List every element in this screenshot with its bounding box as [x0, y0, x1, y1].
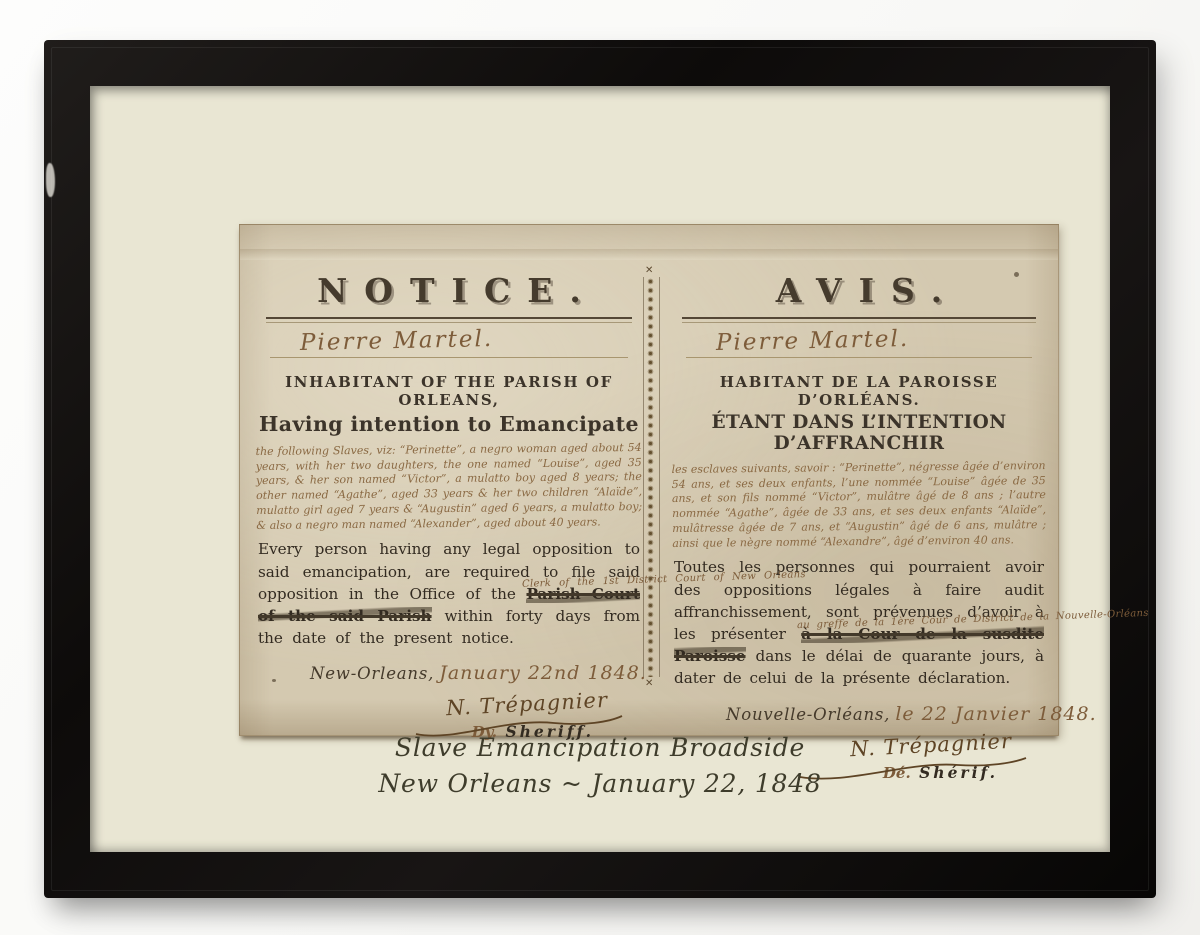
broadside-paper: NOTICE. Pierre Martel. INHABITANT OF THE…: [239, 224, 1059, 736]
avis-manuscript-text: les esclaves suivants, savoir : “Perinet…: [672, 459, 1047, 551]
notice-date-handwritten: January 22nd 1848.: [439, 662, 647, 684]
notice-subhead-inhabitant: INHABITANT OF THE PARISH OF ORLEANS,: [256, 373, 642, 409]
picture-frame: NOTICE. Pierre Martel. INHABITANT OF THE…: [44, 40, 1156, 898]
caption-line-2: New Orleans ~ January 22, 1848: [90, 766, 1110, 802]
avis-subhead-habitant: HABITANT DE LA PAROISSE D’ORLÉANS.: [672, 373, 1046, 409]
notice-column: NOTICE. Pierre Martel. INHABITANT OF THE…: [256, 271, 642, 741]
caption-line-1: Slave Emancipation Broadside: [90, 730, 1110, 766]
notice-manuscript-text: the following Slaves, viz: “Perinette”, …: [256, 441, 643, 533]
paper-fold-crease: [240, 249, 1058, 260]
avis-place-printed: Nouvelle-Orléans,: [726, 705, 890, 724]
avis-subhead-affranchir: ÉTANT DANS L’INTENTION D’AFFRANCHIR: [672, 412, 1046, 454]
notice-headline-rule: [266, 317, 632, 323]
photograph-of-framed-broadside: NOTICE. Pierre Martel. INHABITANT OF THE…: [0, 0, 1200, 935]
avis-name-line: Pierre Martel.: [686, 326, 1032, 358]
notice-body-paragraph: Every person having any legal opposition…: [258, 538, 640, 649]
notice-name-line: Pierre Martel.: [270, 326, 628, 358]
declarant-name-handwritten: Pierre Martel.: [716, 326, 910, 356]
avis-dateline: Nouvelle-Orléans, le 22 Janvier 1848.: [672, 703, 1046, 725]
avis-body-paragraph: Toutes les personnes qui pourraient avoi…: [674, 556, 1044, 689]
notice-subhead-emancipate: Having intention to Emancipate: [256, 412, 642, 436]
notice-headline: NOTICE.: [256, 271, 642, 310]
notice-dateline: New-Orleans, January 22nd 1848.: [256, 662, 642, 684]
mat-caption: Slave Emancipation Broadside New Orleans…: [90, 730, 1110, 801]
declarant-name-handwritten: Pierre Martel.: [300, 326, 494, 356]
avis-headline: AVIS.: [672, 271, 1046, 310]
ornamental-divider: [643, 277, 660, 677]
notice-place-printed: New-Orleans,: [310, 664, 434, 683]
avis-column: AVIS. Pierre Martel. HABITANT DE LA PARO…: [672, 271, 1046, 782]
mat-board: NOTICE. Pierre Martel. INHABITANT OF THE…: [90, 86, 1110, 852]
avis-headline-rule: [682, 317, 1036, 323]
avis-date-handwritten: le 22 Janvier 1848.: [895, 703, 1096, 725]
frame-scuff-mark: [46, 163, 55, 197]
